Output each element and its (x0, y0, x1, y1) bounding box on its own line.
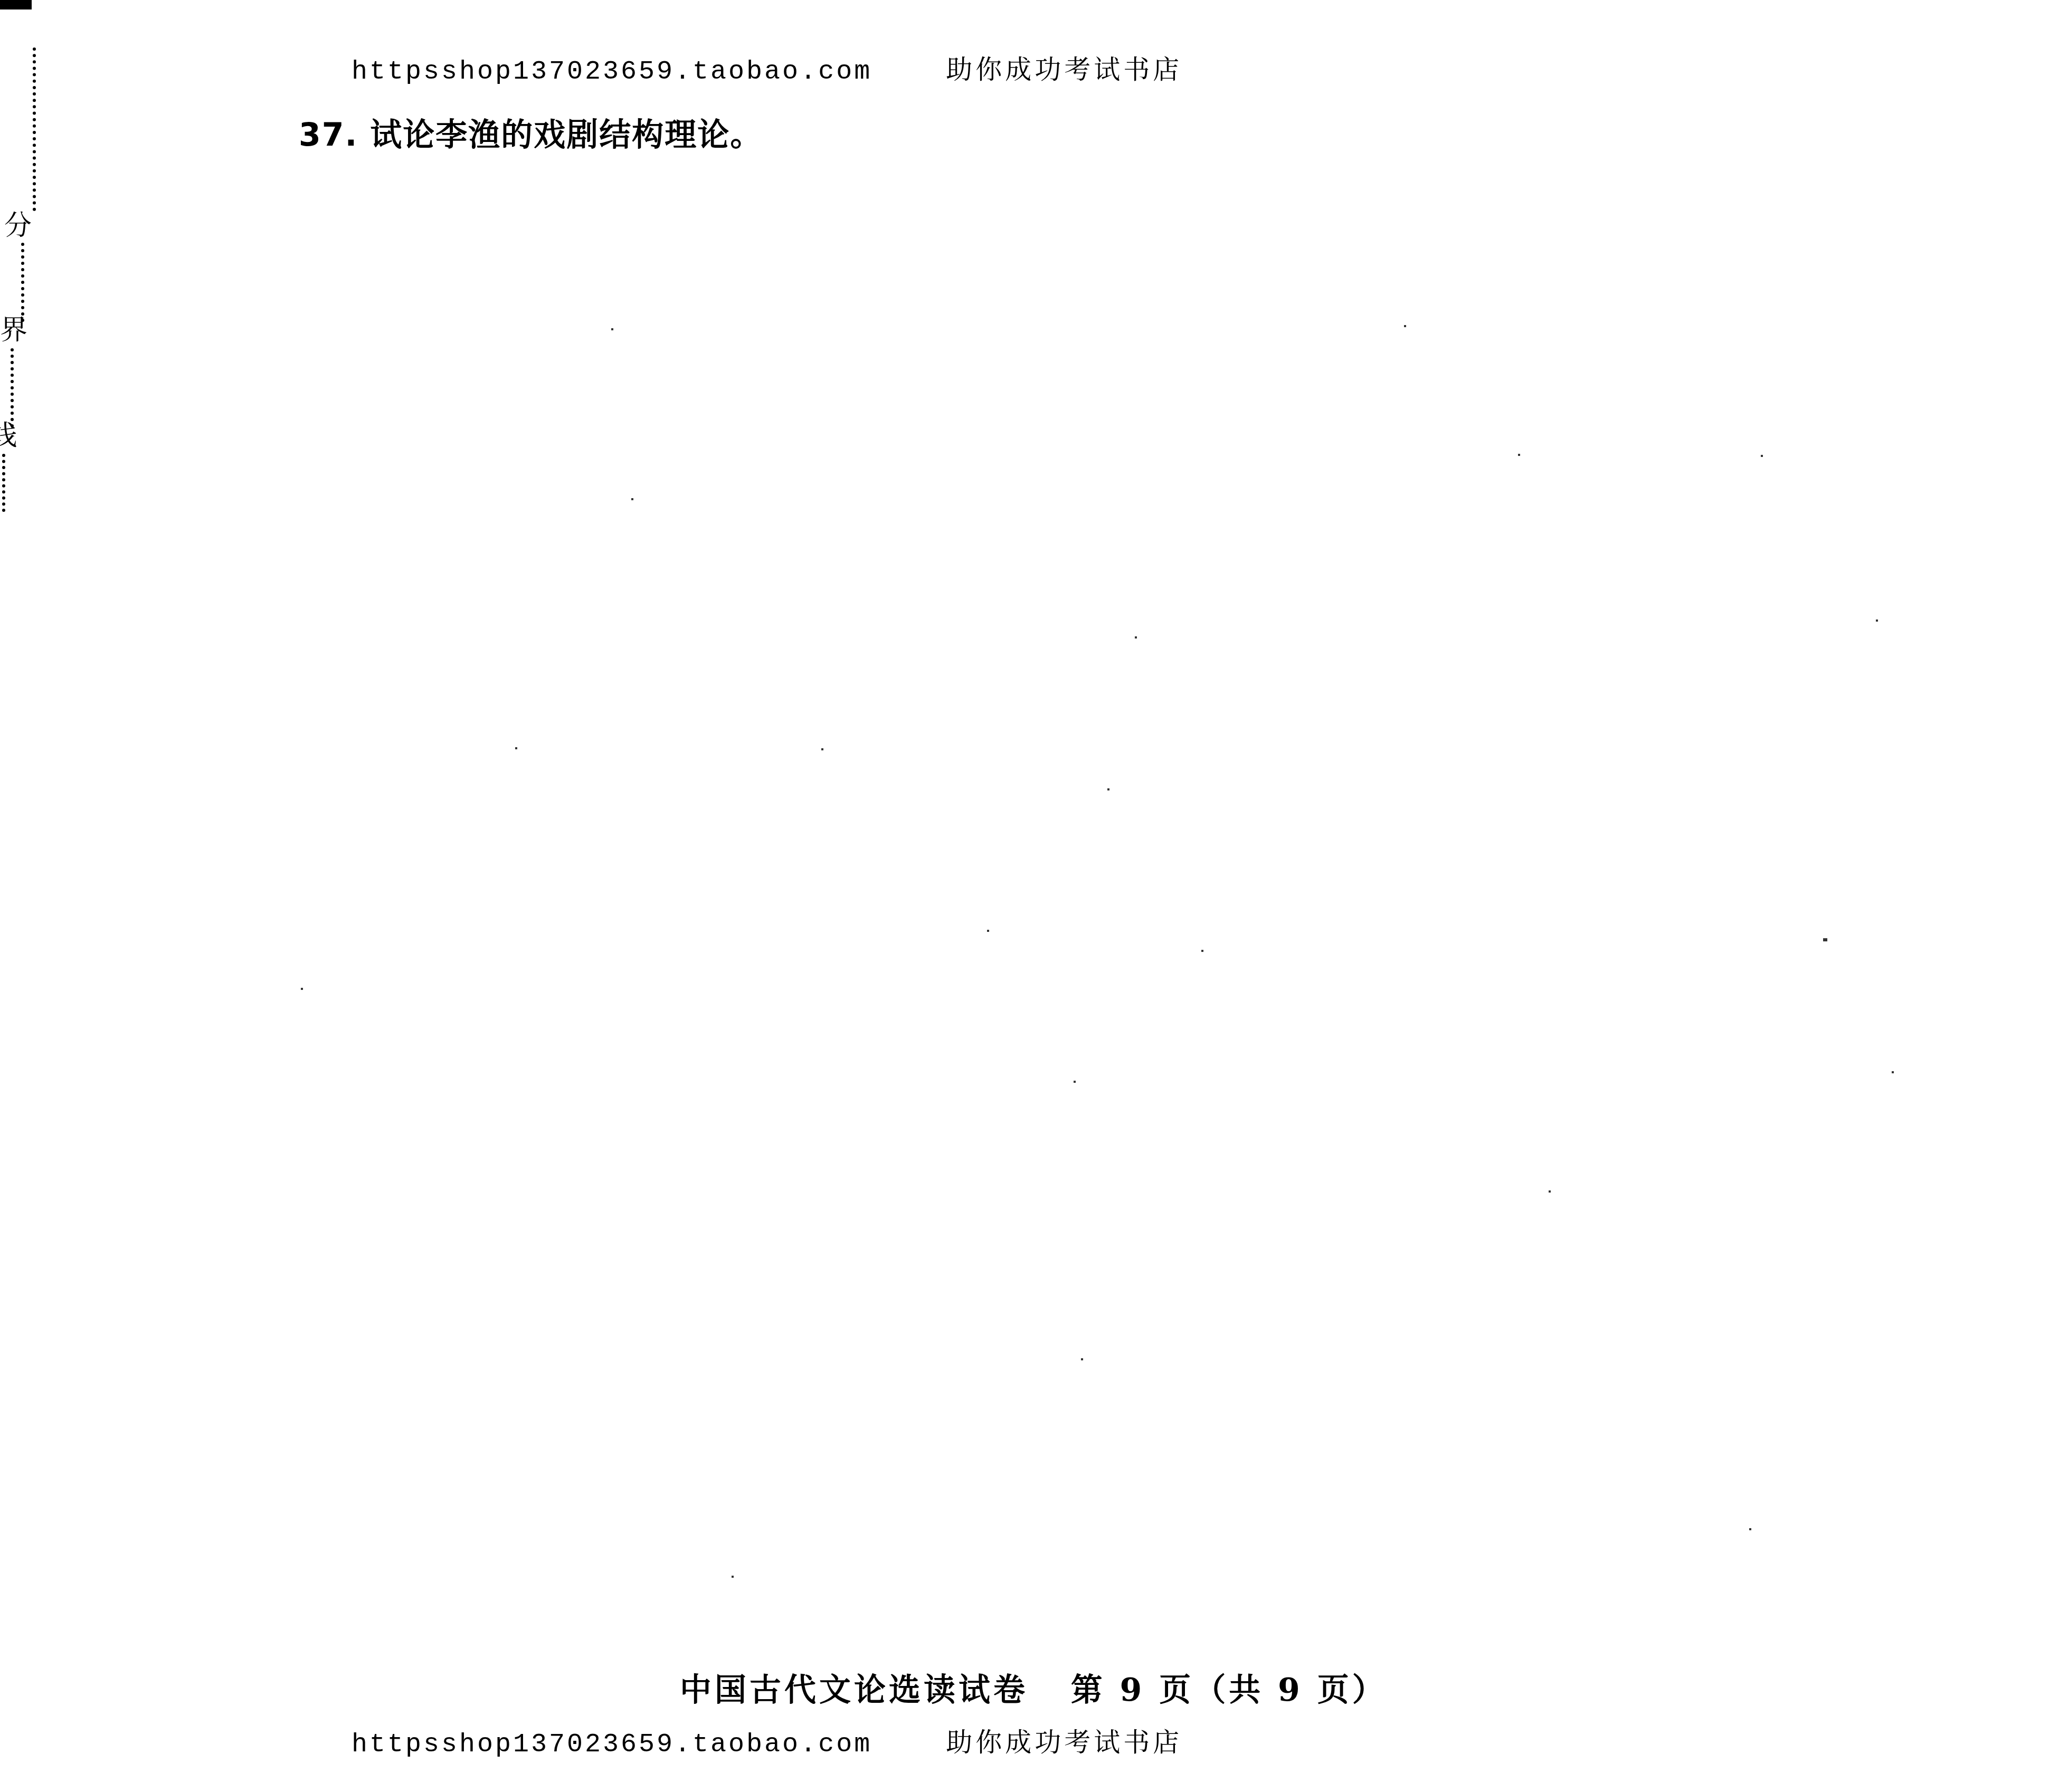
footer-url: httpsshop137023659.taobao.com (352, 1730, 872, 1760)
page-info: 第 9 页（共 9 页） (1071, 1672, 1387, 1709)
footer-shop-name: 助你成功考试书店 (946, 1727, 1182, 1758)
scan-speck (987, 930, 989, 932)
scan-speck (1549, 1190, 1551, 1193)
scan-speck (1081, 1358, 1083, 1360)
scan-speck (1074, 1081, 1076, 1083)
scan-speck (1892, 1071, 1894, 1073)
corner-scan-mark (0, 0, 32, 9)
header-shop-name: 助你成功考试书店 (946, 54, 1182, 85)
page-footer: httpsshop137023659.taobao.com助你成功考试书店 (352, 1721, 1182, 1760)
exam-footer-title: 中国古代文论选读试卷 第 9 页（共 9 页） (680, 1665, 1387, 1710)
dotted-segment (11, 348, 14, 427)
scan-speck (1823, 938, 1827, 941)
dotted-segment (33, 47, 36, 211)
scan-speck (1201, 950, 1203, 952)
question-number: 37. (299, 117, 358, 154)
scan-speck (1404, 325, 1406, 327)
binding-char-jie: 界 (0, 317, 27, 344)
page-header: httpsshop137023659.taobao.com助你成功考试书店 (352, 49, 1182, 87)
header-url: httpsshop137023659.taobao.com (352, 57, 872, 87)
binding-dotted-line: 分 界 线 (0, 47, 48, 522)
scan-speck (821, 748, 823, 750)
scan-speck (1761, 455, 1763, 457)
question-37: 37. 试论李渔的戏剧结构理论。 (299, 110, 763, 155)
scan-speck (301, 988, 303, 990)
binding-char-fen: 分 (4, 212, 32, 240)
scan-speck (1107, 788, 1109, 790)
scan-speck (1135, 636, 1137, 638)
scan-speck (611, 328, 613, 330)
scan-speck (1749, 1528, 1751, 1530)
question-text: 试论李渔的戏剧结构理论。 (370, 117, 763, 154)
dotted-segment (21, 243, 24, 322)
scan-speck (515, 747, 517, 749)
scan-speck (1518, 454, 1520, 456)
exam-title: 中国古代文论选读试卷 (680, 1672, 1028, 1709)
dotted-segment (2, 454, 5, 512)
scan-speck (631, 498, 633, 500)
scan-speck (732, 1576, 734, 1578)
scan-speck (1876, 619, 1878, 622)
binding-char-xian: 线 (0, 422, 17, 450)
